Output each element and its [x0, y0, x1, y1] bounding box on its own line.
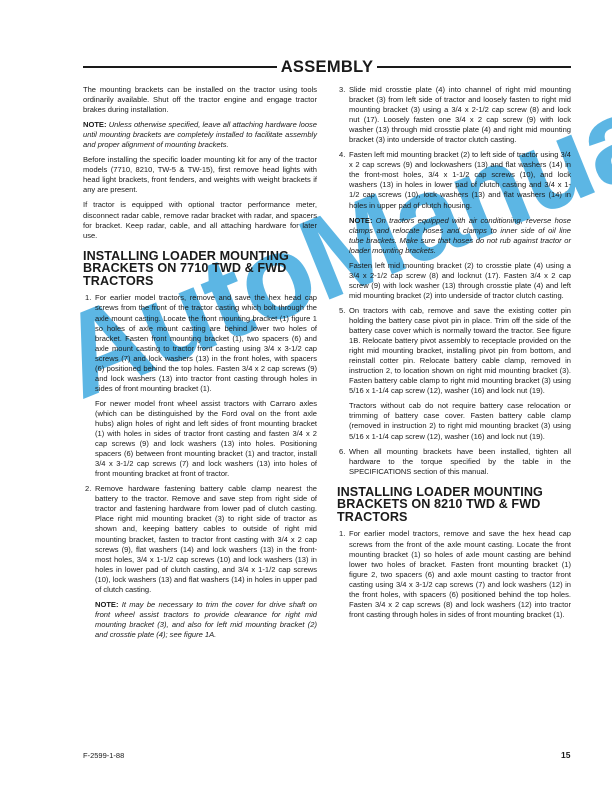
step-paragraph: When all mounting brackets have been ins…	[349, 447, 571, 477]
step-number: 5.	[339, 306, 345, 316]
note-drive-shaft: NOTE: It may be necessary to trim the co…	[95, 600, 317, 640]
step-paragraph: Tractors without cab do not require batt…	[349, 401, 571, 441]
radar-paragraph: If tractor is equipped with optional tra…	[83, 200, 317, 240]
note-label: NOTE:	[95, 600, 118, 609]
steps-7710-list: 1. For earlier model tractors, remove an…	[83, 293, 317, 640]
step-paragraph: Fasten left mid mounting bracket (2) to …	[349, 261, 571, 301]
note-text: It may be necessary to trim the cover fo…	[95, 600, 317, 639]
step-number: 4.	[339, 150, 345, 160]
note-text: Unless otherwise specified, leave all at…	[83, 120, 317, 149]
step-number: 2.	[85, 484, 91, 494]
step-item: 5. On tractors with cab, remove and save…	[337, 306, 571, 442]
section-heading-8210: INSTALLING LOADER MOUNTING BRACKETS ON 8…	[337, 486, 571, 524]
step-item: 3. Slide mid crosstie plate (4) into cha…	[337, 85, 571, 145]
section-heading-7710: INSTALLING LOADER MOUNTING BRACKETS ON 7…	[83, 250, 317, 288]
left-column: The mounting brackets can be installed o…	[83, 85, 317, 645]
step-number: 3.	[339, 85, 345, 95]
note-air-conditioning: NOTE: On tractors equipped with air cond…	[349, 216, 571, 256]
steps-7710-continued-list: 3. Slide mid crosstie plate (4) into cha…	[337, 85, 571, 477]
step-item: 1. For earlier model tractors, remove an…	[337, 529, 571, 619]
right-column: 3. Slide mid crosstie plate (4) into cha…	[337, 85, 571, 625]
steps-8210-list: 1. For earlier model tractors, remove an…	[337, 529, 571, 619]
page-title: ASSEMBLY	[277, 58, 378, 77]
step-paragraph: On tractors with cab, remove and save th…	[349, 306, 571, 396]
document-code: F-2599-1-88	[83, 751, 124, 760]
step-number: 1.	[339, 529, 345, 539]
note-label: NOTE:	[349, 216, 372, 225]
step-number: 6.	[339, 447, 345, 457]
note-text: On tractors equipped with air conditioni…	[349, 216, 571, 255]
step-paragraph: Slide mid crosstie plate (4) into channe…	[349, 85, 571, 145]
step-paragraph: For newer model front wheel assist tract…	[95, 399, 317, 479]
note-assembly: NOTE: Unless otherwise specified, leave …	[83, 120, 317, 150]
step-number: 1.	[85, 293, 91, 303]
step-paragraph: For earlier model tractors, remove and s…	[95, 293, 317, 393]
step-item: 1. For earlier model tractors, remove an…	[83, 293, 317, 479]
page-header: ASSEMBLY	[83, 56, 571, 78]
step-item: 2. Remove hardware fastening battery cab…	[83, 484, 317, 640]
step-paragraph: For earlier model tractors, remove and s…	[349, 529, 571, 619]
header-rule-right	[377, 66, 571, 68]
step-item: 6. When all mounting brackets have been …	[337, 447, 571, 477]
note-label: NOTE:	[83, 120, 106, 129]
before-installing-paragraph: Before installing the specific loader mo…	[83, 155, 317, 195]
step-paragraph: Fasten left mid mounting bracket (2) to …	[349, 150, 571, 210]
header-rule-left	[83, 66, 277, 68]
intro-paragraph: The mounting brackets can be installed o…	[83, 85, 317, 115]
page-number: 15	[561, 750, 570, 760]
step-paragraph: Remove hardware fastening battery cable …	[95, 484, 317, 595]
step-item: 4. Fasten left mid mounting bracket (2) …	[337, 150, 571, 301]
